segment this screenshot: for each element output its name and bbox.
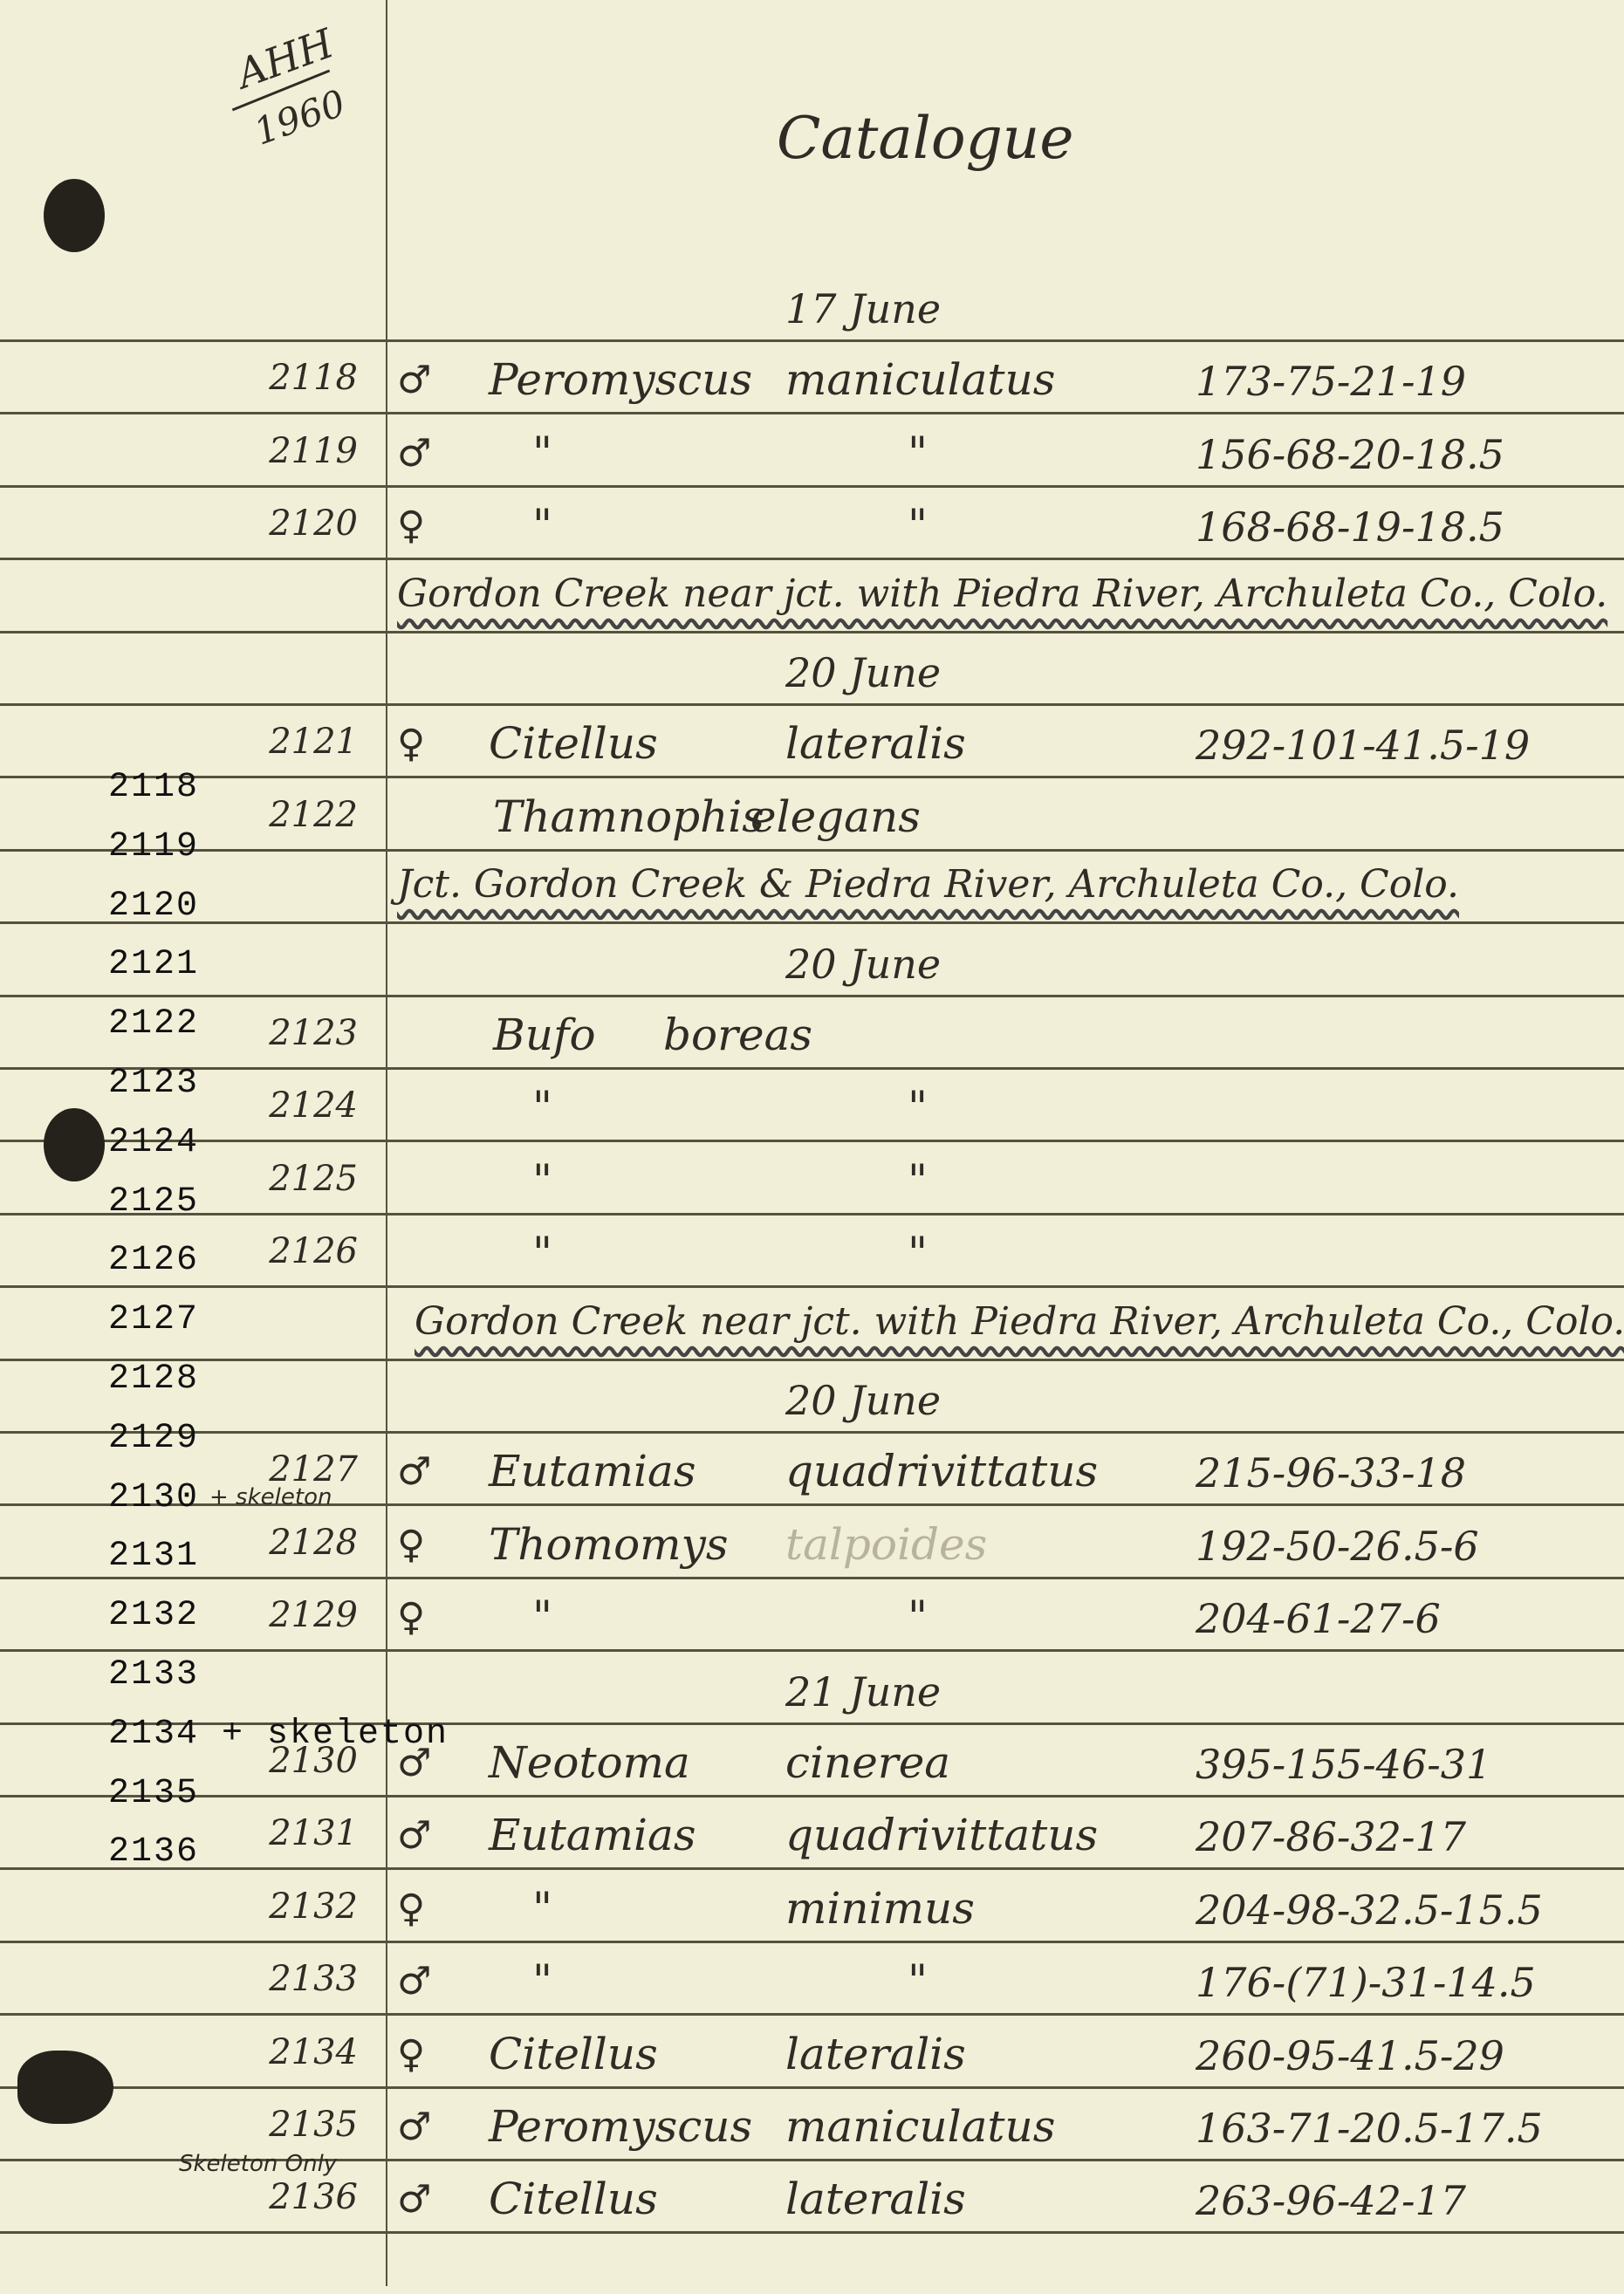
typed-catalogue-number: 2132: [108, 1596, 199, 1635]
punch-hole: [17, 2051, 113, 2124]
measurements: 163-71-20.5-17.5: [1196, 2105, 1543, 2152]
male-symbol-icon: ♂: [397, 2105, 431, 2149]
genus-name: ": [532, 1082, 552, 1133]
species-name: ": [908, 1082, 928, 1133]
male-symbol-icon: ♂: [397, 431, 431, 476]
rule-line: [0, 1941, 1624, 1943]
measurements: 204-98-32.5-15.5: [1196, 1887, 1543, 1934]
section-date: 21 June: [785, 1668, 941, 1715]
rule-line: [0, 412, 1624, 414]
rule-line: [0, 2086, 1624, 2089]
species-name: lateralis: [785, 718, 966, 769]
measurements: 260-95-41.5-29: [1196, 2032, 1504, 2079]
measurements: 263-96-42-17: [1196, 2177, 1466, 2224]
typed-catalogue-number: 2124: [108, 1123, 199, 1162]
margin-rule: [386, 0, 387, 2286]
typed-catalogue-number: 2134 + skeleton: [108, 1715, 449, 1754]
female-symbol-icon: ♀: [397, 1523, 425, 1567]
genus-name: ": [532, 428, 552, 478]
catalogue-number: 2125: [236, 1159, 358, 1199]
typed-catalogue-number: 2119: [108, 827, 199, 866]
typed-catalogue-number: 2120: [108, 887, 199, 926]
catalogue-number: 2135: [236, 2105, 358, 2145]
genus-name: Peromyscus: [489, 354, 752, 405]
species-name: ": [908, 1155, 928, 1206]
collection-locality: Gordon Creek near jct. with Piedra River…: [415, 1299, 1624, 1344]
female-symbol-icon: ♀: [397, 722, 425, 766]
typed-catalogue-number: 2136: [108, 1832, 199, 1872]
genus-name: Neotoma: [489, 1737, 690, 1788]
species-name: quadrivittatus: [785, 1446, 1098, 1496]
catalogue-number: 2122: [236, 795, 358, 835]
page-title: Catalogue: [777, 105, 1073, 172]
measurements: 292-101-41.5-19: [1196, 722, 1530, 769]
catalogue-number: 2128: [236, 1523, 358, 1563]
measurements: 207-86-32-17: [1196, 1813, 1466, 1860]
rule-line: [0, 1431, 1624, 1434]
typed-catalogue-number: 2118: [108, 768, 199, 807]
rule-line: [0, 485, 1624, 488]
genus-name: Citellus: [489, 718, 658, 769]
rule-line: [0, 1285, 1624, 1288]
measurements: 173-75-21-19: [1196, 358, 1466, 405]
species-name: talpoides: [785, 1519, 987, 1570]
species-name: ": [908, 1228, 928, 1278]
rule-line: [0, 995, 1624, 997]
species-name: elegans: [750, 791, 921, 842]
rule-line: [0, 1867, 1624, 1870]
measurements: 176-(71)-31-14.5: [1196, 1959, 1536, 2006]
typed-catalogue-number: 2135: [108, 1774, 199, 1813]
collection-locality: Jct. Gordon Creek & Piedra River, Archul…: [397, 862, 1459, 907]
rule-line: [0, 703, 1624, 706]
rule-line: [0, 1140, 1624, 1142]
species-name: lateralis: [785, 2174, 966, 2224]
species-name: maniculatus: [785, 354, 1055, 405]
rule-line: [0, 849, 1624, 852]
typed-catalogue-number: 2126: [108, 1241, 199, 1280]
female-symbol-icon: ♀: [397, 1595, 425, 1640]
rule-line: [0, 1795, 1624, 1798]
species-name: ": [908, 428, 928, 478]
specimen-note: + skeleton: [209, 1484, 332, 1510]
male-symbol-icon: ♂: [397, 1959, 431, 2003]
catalogue-number: 2121: [236, 722, 358, 762]
measurements: 168-68-19-18.5: [1196, 503, 1504, 551]
typed-catalogue-number: 2125: [108, 1182, 199, 1222]
typed-catalogue-number: 2133: [108, 1655, 199, 1695]
typed-catalogue-number: 2122: [108, 1004, 199, 1044]
species-name: maniculatus: [785, 2101, 1055, 2152]
genus-name: ": [532, 500, 552, 551]
section-date: 17 June: [785, 285, 941, 332]
rule-line: [0, 631, 1624, 633]
species-name: ": [908, 500, 928, 551]
rule-line: [0, 2231, 1624, 2234]
measurements: 215-96-33-18: [1196, 1449, 1466, 1496]
catalogue-number: 2118: [236, 358, 358, 398]
typed-catalogue-number: 2129: [108, 1419, 199, 1458]
female-symbol-icon: ♀: [397, 503, 425, 548]
species-name: cinerea: [785, 1737, 950, 1788]
female-symbol-icon: ♀: [397, 2032, 425, 2077]
species-name: lateralis: [785, 2029, 966, 2079]
species-name: ": [908, 1955, 928, 2006]
measurements: 395-155-46-31: [1196, 1741, 1491, 1788]
year: 1960: [249, 81, 351, 154]
section-date: 20 June: [785, 649, 941, 696]
rule-line: [0, 339, 1624, 342]
catalogue-number: 2124: [236, 1085, 358, 1126]
catalogue-number: 2126: [236, 1231, 358, 1271]
rule-line: [0, 1359, 1624, 1361]
rule-line: [0, 1649, 1624, 1652]
section-date: 20 June: [785, 1377, 941, 1424]
typed-catalogue-number: 2130: [108, 1478, 199, 1517]
genus-name: ": [532, 1592, 552, 1642]
rule-line: [0, 1213, 1624, 1215]
rule-line: [0, 2013, 1624, 2016]
measurements: 156-68-20-18.5: [1196, 431, 1504, 478]
typed-catalogue-number: 2123: [108, 1064, 199, 1103]
species-name: boreas: [663, 1010, 812, 1060]
catalogue-number: 2131: [236, 1813, 358, 1853]
species-name: quadrivittatus: [785, 1810, 1098, 1860]
catalogue-number: 2134: [236, 2032, 358, 2072]
measurements: 192-50-26.5-6: [1196, 1523, 1479, 1570]
genus-name: ": [532, 1883, 552, 1934]
genus-name: Peromyscus: [489, 2101, 752, 2152]
genus-name: Citellus: [489, 2029, 658, 2079]
genus-name: Bufo: [493, 1010, 596, 1060]
genus-name: Citellus: [489, 2174, 658, 2224]
male-symbol-icon: ♂: [397, 1813, 431, 1858]
catalogue-number: 2120: [236, 503, 358, 544]
species-name: ": [908, 1592, 928, 1642]
catalogue-number: 2133: [236, 1959, 358, 1999]
catalogue-number: 2123: [236, 1013, 358, 1053]
catalogue-number: 2132: [236, 1887, 358, 1927]
male-symbol-icon: ♂: [397, 1449, 431, 1494]
catalogue-number: 2129: [236, 1595, 358, 1635]
collection-locality: Gordon Creek near jct. with Piedra River…: [397, 572, 1607, 616]
genus-name: Thamnophis: [493, 791, 764, 842]
rule-line: [0, 921, 1624, 924]
genus-name: ": [532, 1955, 552, 2006]
male-symbol-icon: ♂: [397, 2177, 431, 2222]
genus-name: Eutamias: [489, 1810, 696, 1860]
genus-name: ": [532, 1155, 552, 1206]
genus-name: Thomomys: [489, 1519, 729, 1570]
measurements: 204-61-27-6: [1196, 1595, 1441, 1642]
rule-line: [0, 1067, 1624, 1070]
specimen-note: Skeleton Only: [179, 2151, 337, 2177]
rule-line: [0, 776, 1624, 778]
typed-catalogue-number: 2128: [108, 1359, 199, 1399]
rule-line: [0, 1577, 1624, 1579]
section-date: 20 June: [785, 941, 941, 988]
punch-hole: [44, 179, 105, 252]
typed-catalogue-number: 2131: [108, 1537, 199, 1576]
typed-catalogue-number: 2127: [108, 1300, 199, 1339]
catalogue-page: AHH 1960 Catalogue 17 June2118♂Peromyscu…: [0, 0, 1624, 2294]
punch-hole: [44, 1108, 105, 1181]
species-name: minimus: [785, 1883, 975, 1934]
catalogue-number: 2136: [236, 2177, 358, 2217]
genus-name: Eutamias: [489, 1446, 696, 1496]
male-symbol-icon: ♂: [397, 358, 431, 402]
genus-name: ": [532, 1228, 552, 1278]
catalogue-number: 2119: [236, 431, 358, 471]
rule-line: [0, 558, 1624, 560]
typed-catalogue-number: 2121: [108, 945, 199, 984]
female-symbol-icon: ♀: [397, 1887, 425, 1931]
